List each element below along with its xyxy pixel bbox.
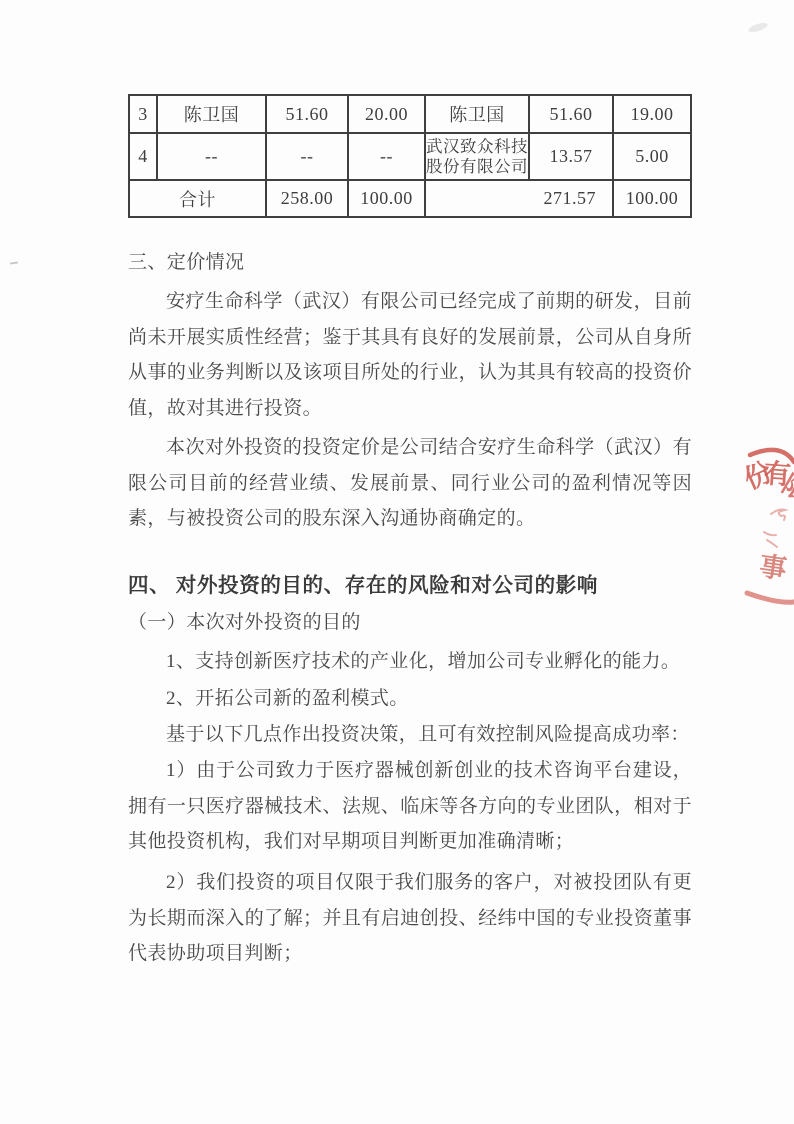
shareholder-name-cell: -- bbox=[157, 133, 266, 180]
row-index-cell: 4 bbox=[129, 133, 157, 180]
red-seal-stamp: 份 有 限 事 bbox=[694, 428, 794, 618]
table-total-row: 合计 258.00 100.00 271.57 100.00 bbox=[129, 180, 691, 217]
percent-cell: 19.00 bbox=[613, 95, 691, 133]
amount-cell: 13.57 bbox=[529, 133, 613, 180]
seal-signature-strokes bbox=[764, 510, 785, 548]
purpose-point-1: 1）由于公司致力于医疗器械创新创业的技术咨询平台建设，拥有一只医疗器械技术、法规… bbox=[128, 753, 692, 860]
section-purpose-heading: 四、 对外投资的目的、存在的风险和对公司的影响 bbox=[128, 569, 692, 605]
percent-cell: 20.00 bbox=[348, 95, 425, 133]
scan-artifact-smudge bbox=[747, 21, 768, 34]
purpose-item-2: 2、开拓公司新的盈利模式。 bbox=[128, 681, 692, 717]
total-percent-after-cell: 100.00 bbox=[613, 180, 691, 217]
seal-char-you: 有 bbox=[763, 458, 792, 490]
seal-char-shi: 事 bbox=[757, 551, 788, 584]
shareholder-name-cell: 陈卫国 bbox=[425, 95, 529, 133]
seal-bottom-arc bbox=[747, 593, 794, 602]
shareholder-structure-table: 3 陈卫国 51.60 20.00 陈卫国 51.60 19.00 4 -- -… bbox=[128, 94, 692, 218]
total-amount-before-cell: 258.00 bbox=[266, 180, 348, 217]
pricing-paragraph-2: 本次对外投资的投资定价是公司结合安疗生命科学（武汉）有限公司目前的经营业绩、发展… bbox=[128, 430, 692, 537]
table-row: 4 -- -- -- 武汉致众科技股份有限公司 13.57 5.00 bbox=[129, 133, 691, 180]
amount-cell: 51.60 bbox=[529, 95, 613, 133]
section-pricing-heading: 三、定价情况 bbox=[128, 245, 692, 281]
seal-char-xian: 限 bbox=[777, 470, 794, 508]
row-index-cell: 3 bbox=[129, 95, 157, 133]
purpose-subheading-1: （一）本次对外投资的目的 bbox=[128, 605, 692, 641]
purpose-lead-line: 基于以下几点作出投资决策，且可有效控制风险提高成功率： bbox=[128, 717, 692, 753]
percent-cell: 5.00 bbox=[613, 133, 691, 180]
seal-char-fen: 份 bbox=[740, 457, 777, 495]
table-row: 3 陈卫国 51.60 20.00 陈卫国 51.60 19.00 bbox=[129, 95, 691, 133]
amount-cell: 51.60 bbox=[266, 95, 348, 133]
purpose-point-2: 2）我们投资的项目仅限于我们服务的客户，对被投团队有更为长期而深入的了解；并且有… bbox=[128, 865, 692, 972]
pricing-paragraph-1: 安疗生命科学（武汉）有限公司已经完成了前期的研发，目前尚未开展实质性经营；鉴于其… bbox=[128, 284, 692, 426]
shareholder-name-cell: 陈卫国 bbox=[157, 95, 266, 133]
document-page: 3 陈卫国 51.60 20.00 陈卫国 51.60 19.00 4 -- -… bbox=[0, 0, 794, 1124]
total-percent-before-cell: 100.00 bbox=[348, 180, 425, 217]
amount-cell: -- bbox=[266, 133, 348, 180]
shareholder-name-cell: 武汉致众科技股份有限公司 bbox=[425, 133, 529, 180]
total-label-cell: 合计 bbox=[129, 180, 266, 217]
scan-artifact-dash bbox=[10, 261, 18, 264]
purpose-item-1: 1、支持创新医疗技术的产业化，增加公司专业孵化的能力。 bbox=[128, 644, 692, 680]
percent-cell: -- bbox=[348, 133, 425, 180]
total-amount-after-cell: 271.57 bbox=[425, 180, 613, 217]
seal-top-arc bbox=[750, 450, 794, 462]
